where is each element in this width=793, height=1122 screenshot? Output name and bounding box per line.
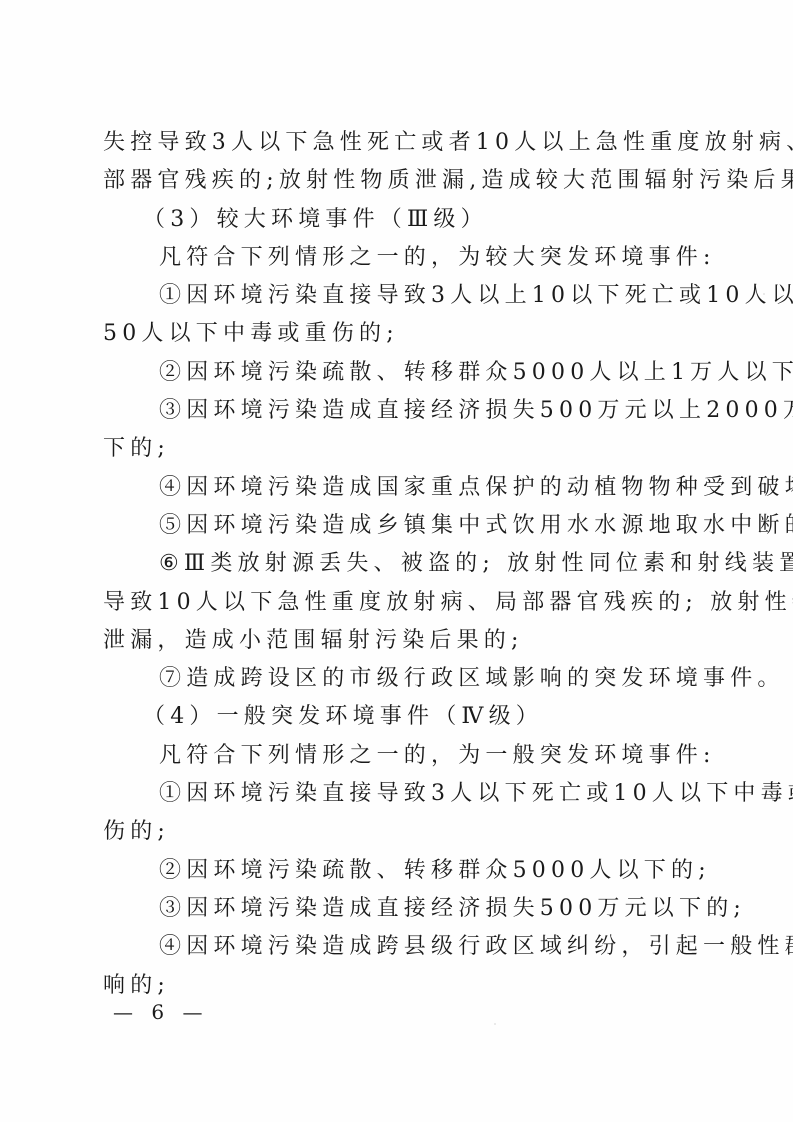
text-line: 导致10人以下急性重度放射病、局部器官残疾的; 放射性物质 (103, 584, 693, 622)
text-line: 50人以下中毒或重伤的; (103, 315, 693, 353)
list-item-7: ⑦造成跨设区的市级行政区域影响的突发环境事件。 (103, 660, 693, 698)
list-item-2: ②因环境污染疏散、转移群众5000人以下的; (103, 852, 693, 890)
section-heading-level-3: （3）较大环境事件（Ⅲ级） (103, 201, 693, 239)
text-line: 下的; (103, 430, 693, 468)
text-line: 部器官残疾的;放射性物质泄漏,造成较大范围辐射污染后果的。 (103, 162, 693, 200)
list-item-6: ⑥Ⅲ类放射源丢失、被盗的; 放射性同位素和射线装置失控 (103, 545, 693, 583)
text-line: 泄漏，造成小范围辐射污染后果的; (103, 622, 693, 660)
list-item-5: ⑤因环境污染造成乡镇集中式饮用水水源地取水中断的; (103, 507, 693, 545)
list-item-4: ④因环境污染造成国家重点保护的动植物物种受到破坏的; (103, 469, 693, 507)
list-item-3: ③因环境污染造成直接经济损失500万元以下的; (103, 890, 693, 928)
document-page: 失控导致3人以下急性死亡或者10人以上急性重度放射病、局 部器官残疾的;放射性物… (0, 0, 793, 1122)
list-item-1: ①因环境污染直接导致3人以下死亡或10人以下中毒或重 (103, 775, 693, 813)
scan-artifact (494, 1023, 496, 1025)
list-item-2: ②因环境污染疏散、转移群众5000人以上1万人以下的; (103, 354, 693, 392)
section-heading-level-4: （4）一般突发环境事件（Ⅳ级） (103, 698, 693, 736)
body-text: 失控导致3人以下急性死亡或者10人以上急性重度放射病、局 部器官残疾的;放射性物… (103, 124, 693, 1005)
list-item-4: ④因环境污染造成跨县级行政区域纠纷，引起一般性群体影 (103, 928, 693, 966)
list-item-1: ①因环境污染直接导致3人以上10以下死亡或10人以上 (103, 277, 693, 315)
text-line: 凡符合下列情形之一的，为较大突发环境事件: (103, 239, 693, 277)
text-line: 失控导致3人以下急性死亡或者10人以上急性重度放射病、局 (103, 124, 693, 162)
list-item-3: ③因环境污染造成直接经济损失500万元以上2000万元以 (103, 392, 693, 430)
page-number: — 6 — (113, 1000, 208, 1024)
text-line: 伤的; (103, 813, 693, 851)
scan-artifact (767, 790, 769, 792)
text-line: 凡符合下列情形之一的，为一般突发环境事件: (103, 737, 693, 775)
scan-artifact (763, 293, 765, 295)
